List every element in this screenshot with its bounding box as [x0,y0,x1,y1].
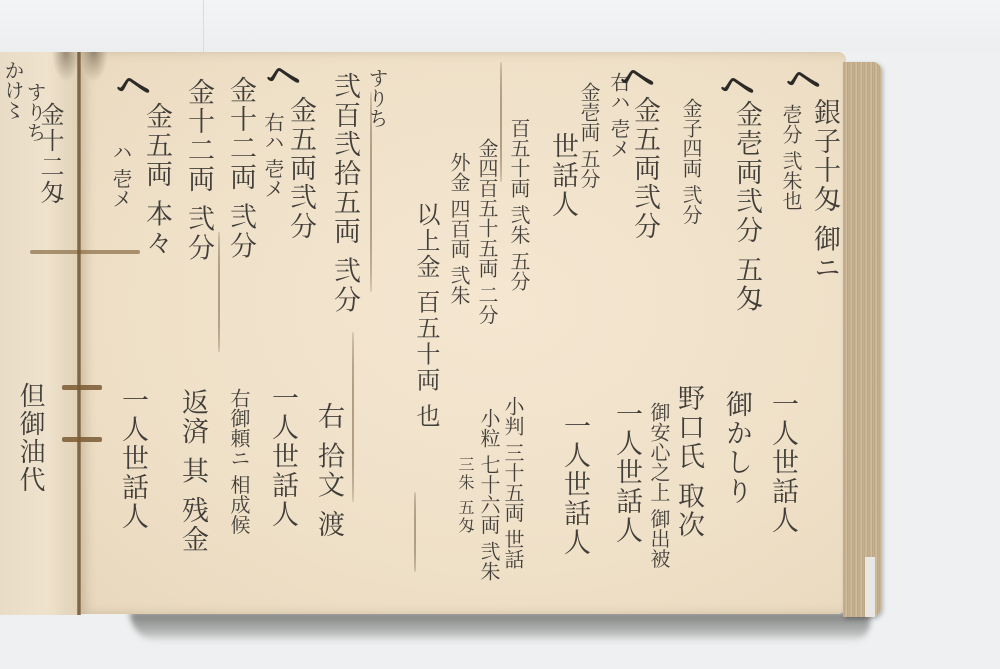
text-column: 世話人 [546,132,578,219]
text-column: 百五十両 弐朱 五分 [508,118,530,291]
text-column: 金子四両 弐分 [680,98,702,224]
text-column: 小判 三十五両 世話 [502,396,524,569]
text-column: 金五両弐分 [628,96,660,241]
text-column: 外金 四百両 弐朱 [448,152,470,305]
gutter-shadow [52,52,80,82]
text-column: 右御頼ニ 相成候 [228,388,250,534]
text-column: 右ハ 壱メ [262,112,284,198]
gutter-shadow [80,52,108,82]
binding-thread [62,385,102,390]
text-column: 一人世話人 [558,412,590,557]
paper-damage [218,232,220,352]
text-column: 金壱両弐分 五匁 [730,100,762,314]
text-column: 金四百五十五両 二分 [476,138,498,324]
left-page: かけ〻 すりち 金十二匁 但御油代 [0,52,78,615]
text-column: 壱分 弐朱也 [780,104,802,210]
text-column: 三朱 五匁 [456,456,474,535]
paper-damage [352,332,354,502]
page-block-edge [843,62,881,617]
left-column-lower: 但御油代 [14,382,46,494]
text-column: 御安心之上 御出被 [648,402,670,568]
entry-mark: ヘ [783,61,822,100]
text-column: 金壱両 五分 [578,82,600,188]
backdrop-seam [203,0,204,52]
text-column: 野口氏 取次 [672,384,704,540]
text-column: 小粒 七十六両 弐朱 [478,408,500,581]
entry-mark: ヘ [263,57,302,96]
paper-damage [414,492,416,572]
text-column: 右ハ 壱メ [608,72,630,158]
entry-mark: ヘ [113,67,152,106]
open-book: かけ〻 すりち 金十二匁 但御油代 ヘ 銀子十匁 御ニ 壱分 弐朱也 ヘ 金壱両… [0,52,860,615]
text-column: 一人世話人 [266,384,298,529]
paper-damage [500,62,502,182]
text-column: 右 拾文 渡 [312,402,344,539]
paper-damage [370,92,372,292]
backdrop [0,0,1000,52]
text-column: 一人世話人 [116,386,148,531]
text-column: 金五両 本々 [140,102,172,258]
text-column: 返済 其 残金 [176,388,208,554]
text-column: 金十二両 弐分 [182,78,214,263]
binding-thread [62,437,102,442]
text-column: ハ 壱メ [110,142,132,208]
text-column: 一人世話人 [610,400,642,545]
text-column: 金十二両 弐分 [224,76,256,261]
text-column: 以上金 百五十両 也 [410,202,442,429]
text-column: 一人世話人 [766,390,798,535]
book-shadow [130,612,870,642]
binding-thread [30,250,140,254]
left-column-3: 金十二匁 [34,102,66,206]
main-page: ヘ 銀子十匁 御ニ 壱分 弐朱也 ヘ 金壱両弐分 五匁 金子四両 弐分 ヘ 金五… [80,52,846,614]
left-column-1: かけ〻 [2,60,24,120]
text-column: 御かしり [720,390,752,506]
text-column: 弐百弐拾五両 弐分 [328,72,360,315]
binding-gutter [77,52,81,615]
text-column: 銀子十匁 御ニ [808,98,840,283]
text-column: 金五両弐分 [284,96,316,241]
